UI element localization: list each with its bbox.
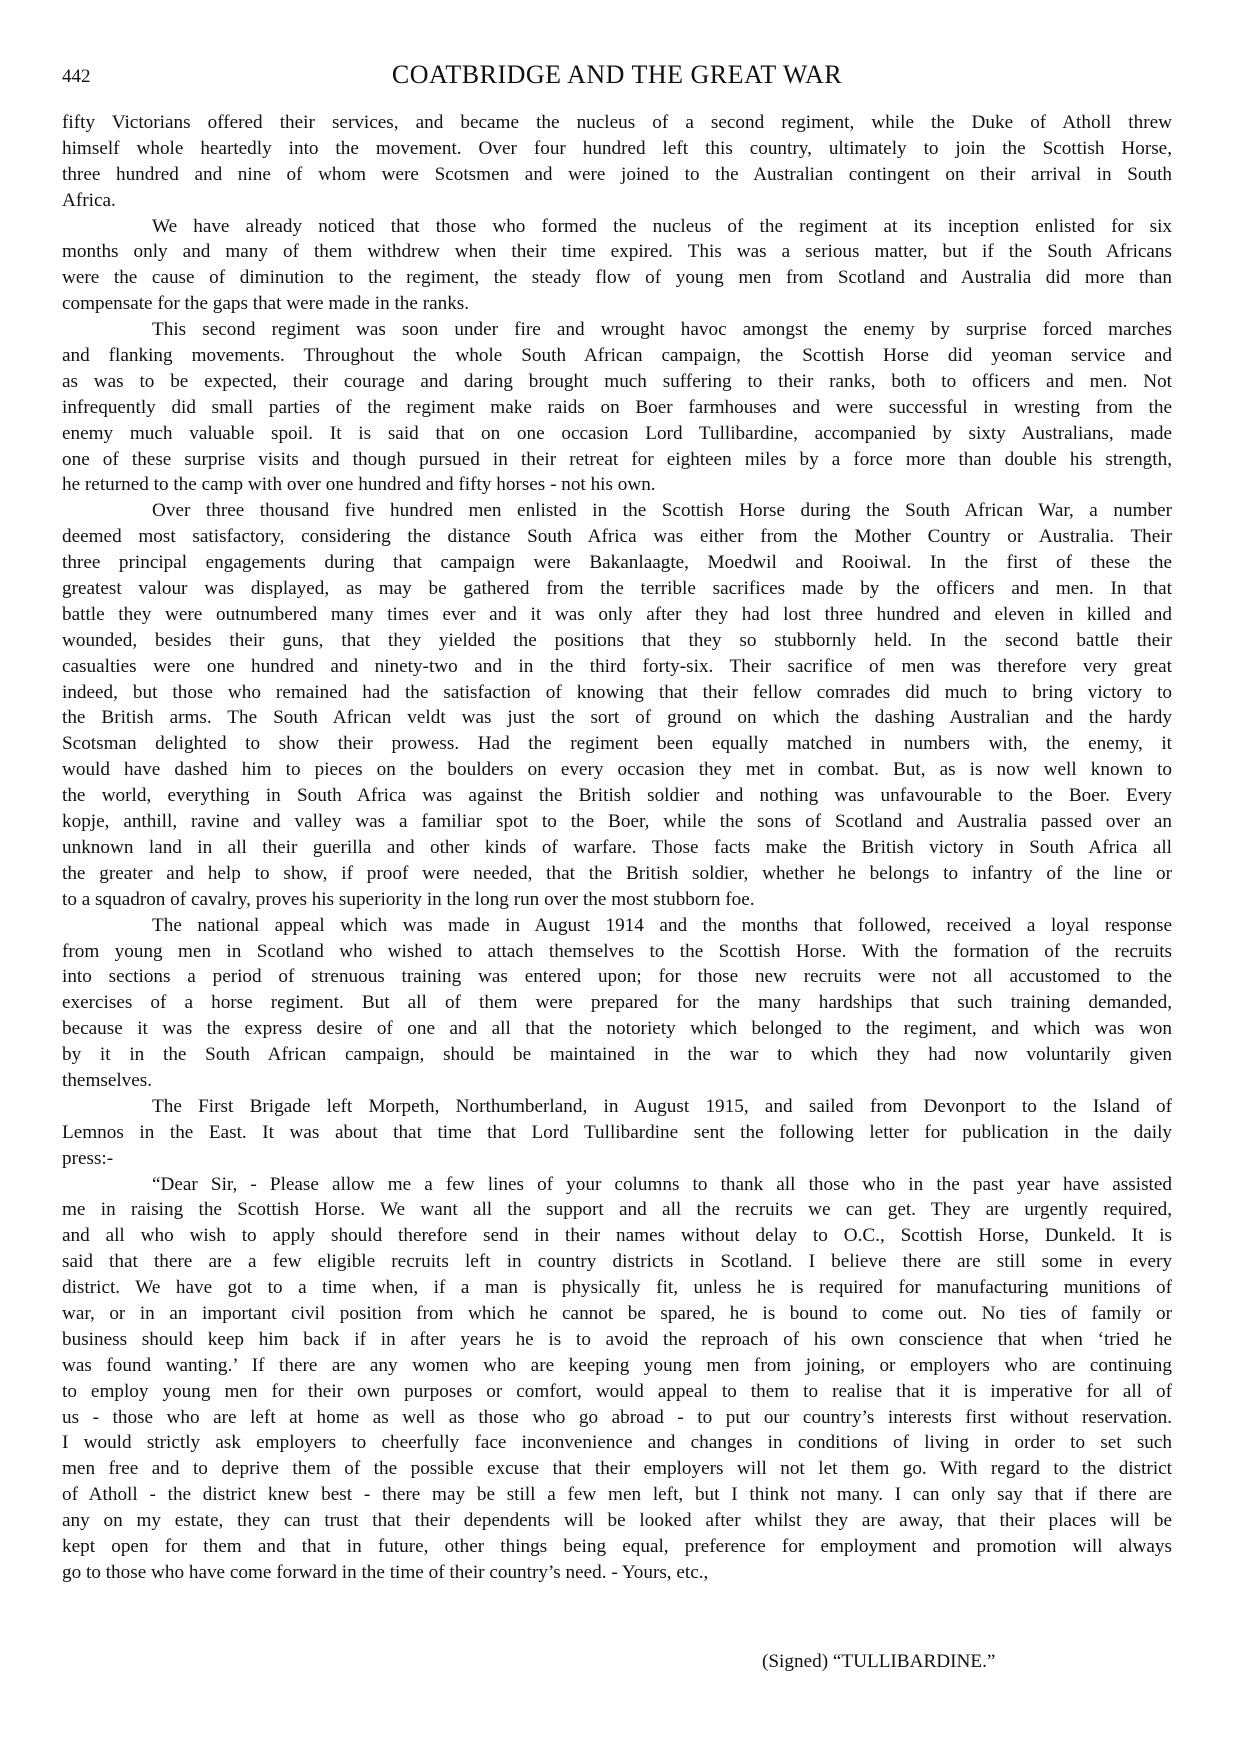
text-line: The national appeal which was made in Au… xyxy=(62,913,1172,939)
text-line: casualties were one hundred and ninety-t… xyxy=(62,654,1172,680)
text-line: “Dear Sir, - Please allow me a few lines… xyxy=(62,1172,1172,1198)
text-line: business should keep him back if in afte… xyxy=(62,1327,1172,1353)
text-line: from young men in Scotland who wished to… xyxy=(62,939,1172,965)
text-line: the greater and help to show, if proof w… xyxy=(62,861,1172,887)
text-line: infrequently did small parties of the re… xyxy=(62,395,1172,421)
text-line: war, or in an important civil position f… xyxy=(62,1301,1172,1327)
text-line: and flanking movements. Throughout the w… xyxy=(62,343,1172,369)
text-line: one of these surprise visits and though … xyxy=(62,447,1172,473)
text-line: us - those who are left at home as well … xyxy=(62,1405,1172,1431)
text-line: deemed most satisfactory, considering th… xyxy=(62,524,1172,550)
text-line: three principal engagements during that … xyxy=(62,550,1172,576)
text-line: compensate for the gaps that were made i… xyxy=(62,291,1172,317)
text-line: the world, everything in South Africa wa… xyxy=(62,783,1172,809)
text-line: press:- xyxy=(62,1146,1172,1172)
text-line: enemy much valuable spoil. It is said th… xyxy=(62,421,1172,447)
text-line: of Atholl - the district knew best - the… xyxy=(62,1482,1172,1508)
text-line: any on my estate, they can trust that th… xyxy=(62,1508,1172,1534)
text-line: were the cause of diminution to the regi… xyxy=(62,265,1172,291)
text-line: unknown land in all their guerilla and o… xyxy=(62,835,1172,861)
text-line: into sections a period of strenuous trai… xyxy=(62,964,1172,990)
text-line: go to those who have come forward in the… xyxy=(62,1560,1172,1586)
text-line: to a squadron of cavalry, proves his sup… xyxy=(62,887,1172,913)
text-line: to employ young men for their own purpos… xyxy=(62,1379,1172,1405)
body-text: fifty Victorians offered their services,… xyxy=(62,110,1172,1586)
text-line: exercises of a horse regiment. But all o… xyxy=(62,990,1172,1016)
text-line: Over three thousand five hundred men enl… xyxy=(62,498,1172,524)
text-line: fifty Victorians offered their services,… xyxy=(62,110,1172,136)
text-line: would have dashed him to pieces on the b… xyxy=(62,757,1172,783)
text-line: wounded, besides their guns, that they y… xyxy=(62,628,1172,654)
text-line: himself whole heartedly into the movemen… xyxy=(62,136,1172,162)
text-line: The First Brigade left Morpeth, Northumb… xyxy=(62,1094,1172,1120)
text-line: he returned to the camp with over one hu… xyxy=(62,472,1172,498)
text-line: Africa. xyxy=(62,188,1172,214)
text-line: said that there are a few eligible recru… xyxy=(62,1249,1172,1275)
text-line: kopje, anthill, ravine and valley was a … xyxy=(62,809,1172,835)
text-line: greatest valour was displayed, as may be… xyxy=(62,576,1172,602)
text-line: I would strictly ask employers to cheerf… xyxy=(62,1430,1172,1456)
running-title: COATBRIDGE AND THE GREAT WAR xyxy=(62,60,1172,90)
text-line: Scotsman delighted to show their prowess… xyxy=(62,731,1172,757)
text-line: months only and many of them withdrew wh… xyxy=(62,239,1172,265)
text-line: because it was the express desire of one… xyxy=(62,1016,1172,1042)
text-line: three hundred and nine of whom were Scot… xyxy=(62,162,1172,188)
text-line: as was to be expected, their courage and… xyxy=(62,369,1172,395)
text-line: me in raising the Scottish Horse. We wan… xyxy=(62,1197,1172,1223)
text-line: and all who wish to apply should therefo… xyxy=(62,1223,1172,1249)
text-line: by it in the South African campaign, sho… xyxy=(62,1042,1172,1068)
text-line: men free and to deprive them of the poss… xyxy=(62,1456,1172,1482)
page-header: 442 COATBRIDGE AND THE GREAT WAR xyxy=(62,60,1172,96)
text-line: We have already noticed that those who f… xyxy=(62,214,1172,240)
text-line: district. We have got to a time when, if… xyxy=(62,1275,1172,1301)
text-line: themselves. xyxy=(62,1068,1172,1094)
text-line: was found wanting.’ If there are any wom… xyxy=(62,1353,1172,1379)
text-line: kept open for them and that in future, o… xyxy=(62,1534,1172,1560)
text-line: indeed, but those who remained had the s… xyxy=(62,680,1172,706)
text-line: Lemnos in the East. It was about that ti… xyxy=(62,1120,1172,1146)
text-line: the British arms. The South African veld… xyxy=(62,705,1172,731)
text-line: battle they were outnumbered many times … xyxy=(62,602,1172,628)
signature: (Signed) “TULLIBARDINE.” xyxy=(762,1651,995,1673)
text-line: This second regiment was soon under fire… xyxy=(62,317,1172,343)
